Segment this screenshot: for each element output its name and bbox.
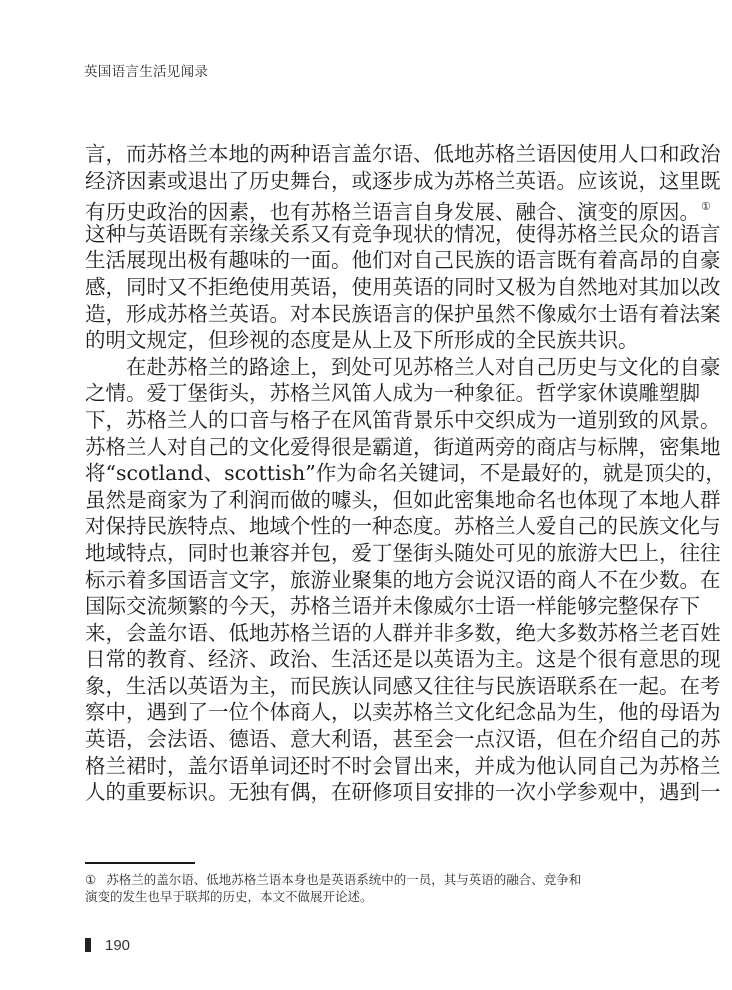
footnote-divider	[85, 862, 195, 864]
page-marker-icon	[85, 938, 91, 952]
body-text: 言，而苏格兰本地的两种语言盖尔语、低地苏格兰语因使用人口和政治 经济因素或退出了…	[85, 141, 645, 806]
footnote-marker: ①	[85, 872, 96, 887]
running-header: 英国语言生活见闻录	[84, 60, 208, 80]
text-line: 造，形成苏格兰英语。对本民族语言的保护虽然不像威尔士语有着法案	[85, 301, 645, 328]
footnote-line: 演变的发生也早于联邦的历史，本文不做展开论述。	[85, 888, 645, 905]
text-line: 将“scotland、scottish”作为命名关键词，不是最好的，就是顶尖的，	[85, 460, 645, 487]
paragraph-end-line: 的明文规定，但珍视的态度是从上及下所形成的全民族共识。	[85, 327, 645, 354]
text-line: 象，生活以英语为主，而民族认同感又往往与民族语联系在一起。在考	[85, 673, 645, 700]
text-line: 来，会盖尔语、低地苏格兰语的人群并非多数，绝大多数苏格兰老百姓	[85, 620, 645, 647]
footnote-reference[interactable]: ①	[701, 200, 711, 213]
text-line: 言，而苏格兰本地的两种语言盖尔语、低地苏格兰语因使用人口和政治	[85, 141, 645, 168]
text-line-with-footnote-ref: 有历史政治的因素，也有苏格兰语言自身发展、融合、演变的原因。①	[85, 194, 645, 221]
text-line: 格兰裙时，盖尔语单词还时不时会冒出来，并成为他认同自己为苏格兰	[85, 753, 645, 780]
text-line: 英语，会法语、德语、意大利语，甚至会一点汉语，但在介绍自己的苏	[85, 726, 645, 753]
text-line: 这种与英语既有亲缘关系又有竞争现状的情况，使得苏格兰民众的语言	[85, 221, 645, 248]
text-line: 下，苏格兰人的口音与格子在风笛背景乐中交织成为一道别致的风景。	[85, 407, 645, 434]
text-line: 生活展现出极有趣味的一面。他们对自己民族的语言既有着高昂的自豪	[85, 247, 645, 274]
text-line: 虽然是商家为了利润而做的噱头，但如此密集地命名也体现了本地人群	[85, 487, 645, 514]
text-line: 国际交流频繁的今天，苏格兰语并未像威尔士语一样能够完整保存下	[85, 593, 645, 620]
text-line: 人的重要标识。无独有偶，在研修项目安排的一次小学参观中，遇到一	[85, 779, 645, 806]
text-line: 察中，遇到了一位个体商人，以卖苏格兰文化纪念品为生，他的母语为	[85, 699, 645, 726]
text-line: 感，同时又不拒绝使用英语，使用英语的同时又极为自然地对其加以改	[85, 274, 645, 301]
text-line: 地域特点，同时也兼容并包，爱丁堡街头随处可见的旅游大巴上，往往	[85, 540, 645, 567]
text-line: 苏格兰人对自己的文化爱得很是霸道，街道两旁的商店与标牌，密集地	[85, 434, 645, 461]
text-line: 对保持民族特点、地域个性的一种态度。苏格兰人爱自己的民族文化与	[85, 513, 645, 540]
page-footer: 190	[85, 936, 130, 954]
paragraph-start-line: 在赴苏格兰的路途上，到处可见苏格兰人对自己历史与文化的自豪	[85, 354, 645, 381]
text-line: 日常的教育、经济、政治、生活还是以英语为主。这是个很有意思的现	[85, 646, 645, 673]
text-line: 经济因素或退出了历史舞台，或逐步成为苏格兰英语。应该说，这里既	[85, 168, 645, 195]
footnote: ①苏格兰的盖尔语、低地苏格兰语本身也是英语系统中的一员，其与英语的融合、竞争和 …	[85, 871, 645, 905]
footnote-text: 苏格兰的盖尔语、低地苏格兰语本身也是英语系统中的一员，其与英语的融合、竞争和	[106, 872, 581, 887]
text-line: 标示着多国语言文字，旅游业聚集的地方会说汉语的商人不在少数。在	[85, 567, 645, 594]
text-line: 之情。爱丁堡街头，苏格兰风笛人成为一种象征。哲学家休谟雕塑脚	[85, 380, 645, 407]
footnote-line: ①苏格兰的盖尔语、低地苏格兰语本身也是英语系统中的一员，其与英语的融合、竞争和	[85, 871, 645, 888]
page-number: 190	[105, 937, 130, 954]
